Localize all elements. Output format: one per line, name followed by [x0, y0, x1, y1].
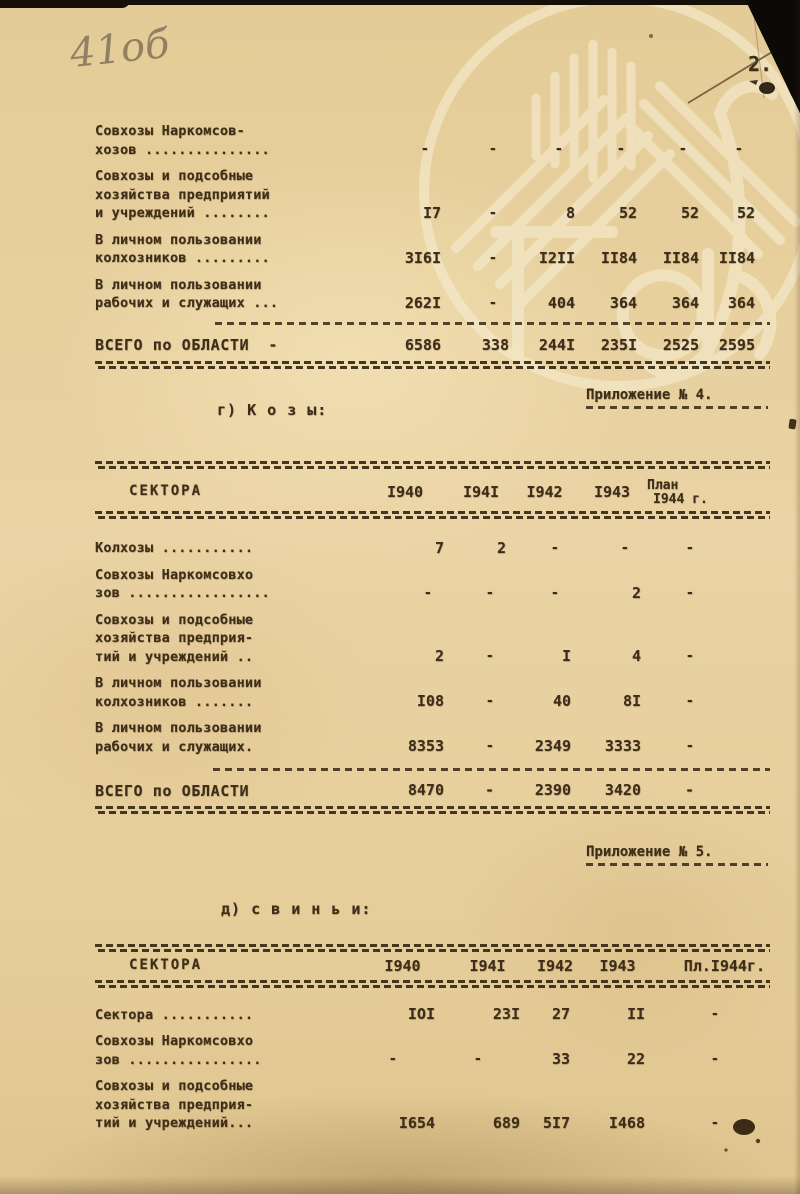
stain-speck	[724, 1148, 727, 1151]
ink-blot	[759, 82, 775, 94]
ink-blot	[749, 80, 758, 85]
stain-blot	[733, 1119, 755, 1135]
stain-speck	[649, 34, 653, 38]
stain-speck	[756, 1139, 760, 1143]
scanned-document-page: 41об 2. Совхозы Наркомсов- хозов .......…	[0, 0, 800, 1194]
page-right-shadow	[794, 0, 800, 1194]
page-bottom-shadow	[0, 1176, 800, 1194]
photo-top-edge	[0, 0, 130, 8]
scan-artifacts	[0, 0, 800, 1194]
